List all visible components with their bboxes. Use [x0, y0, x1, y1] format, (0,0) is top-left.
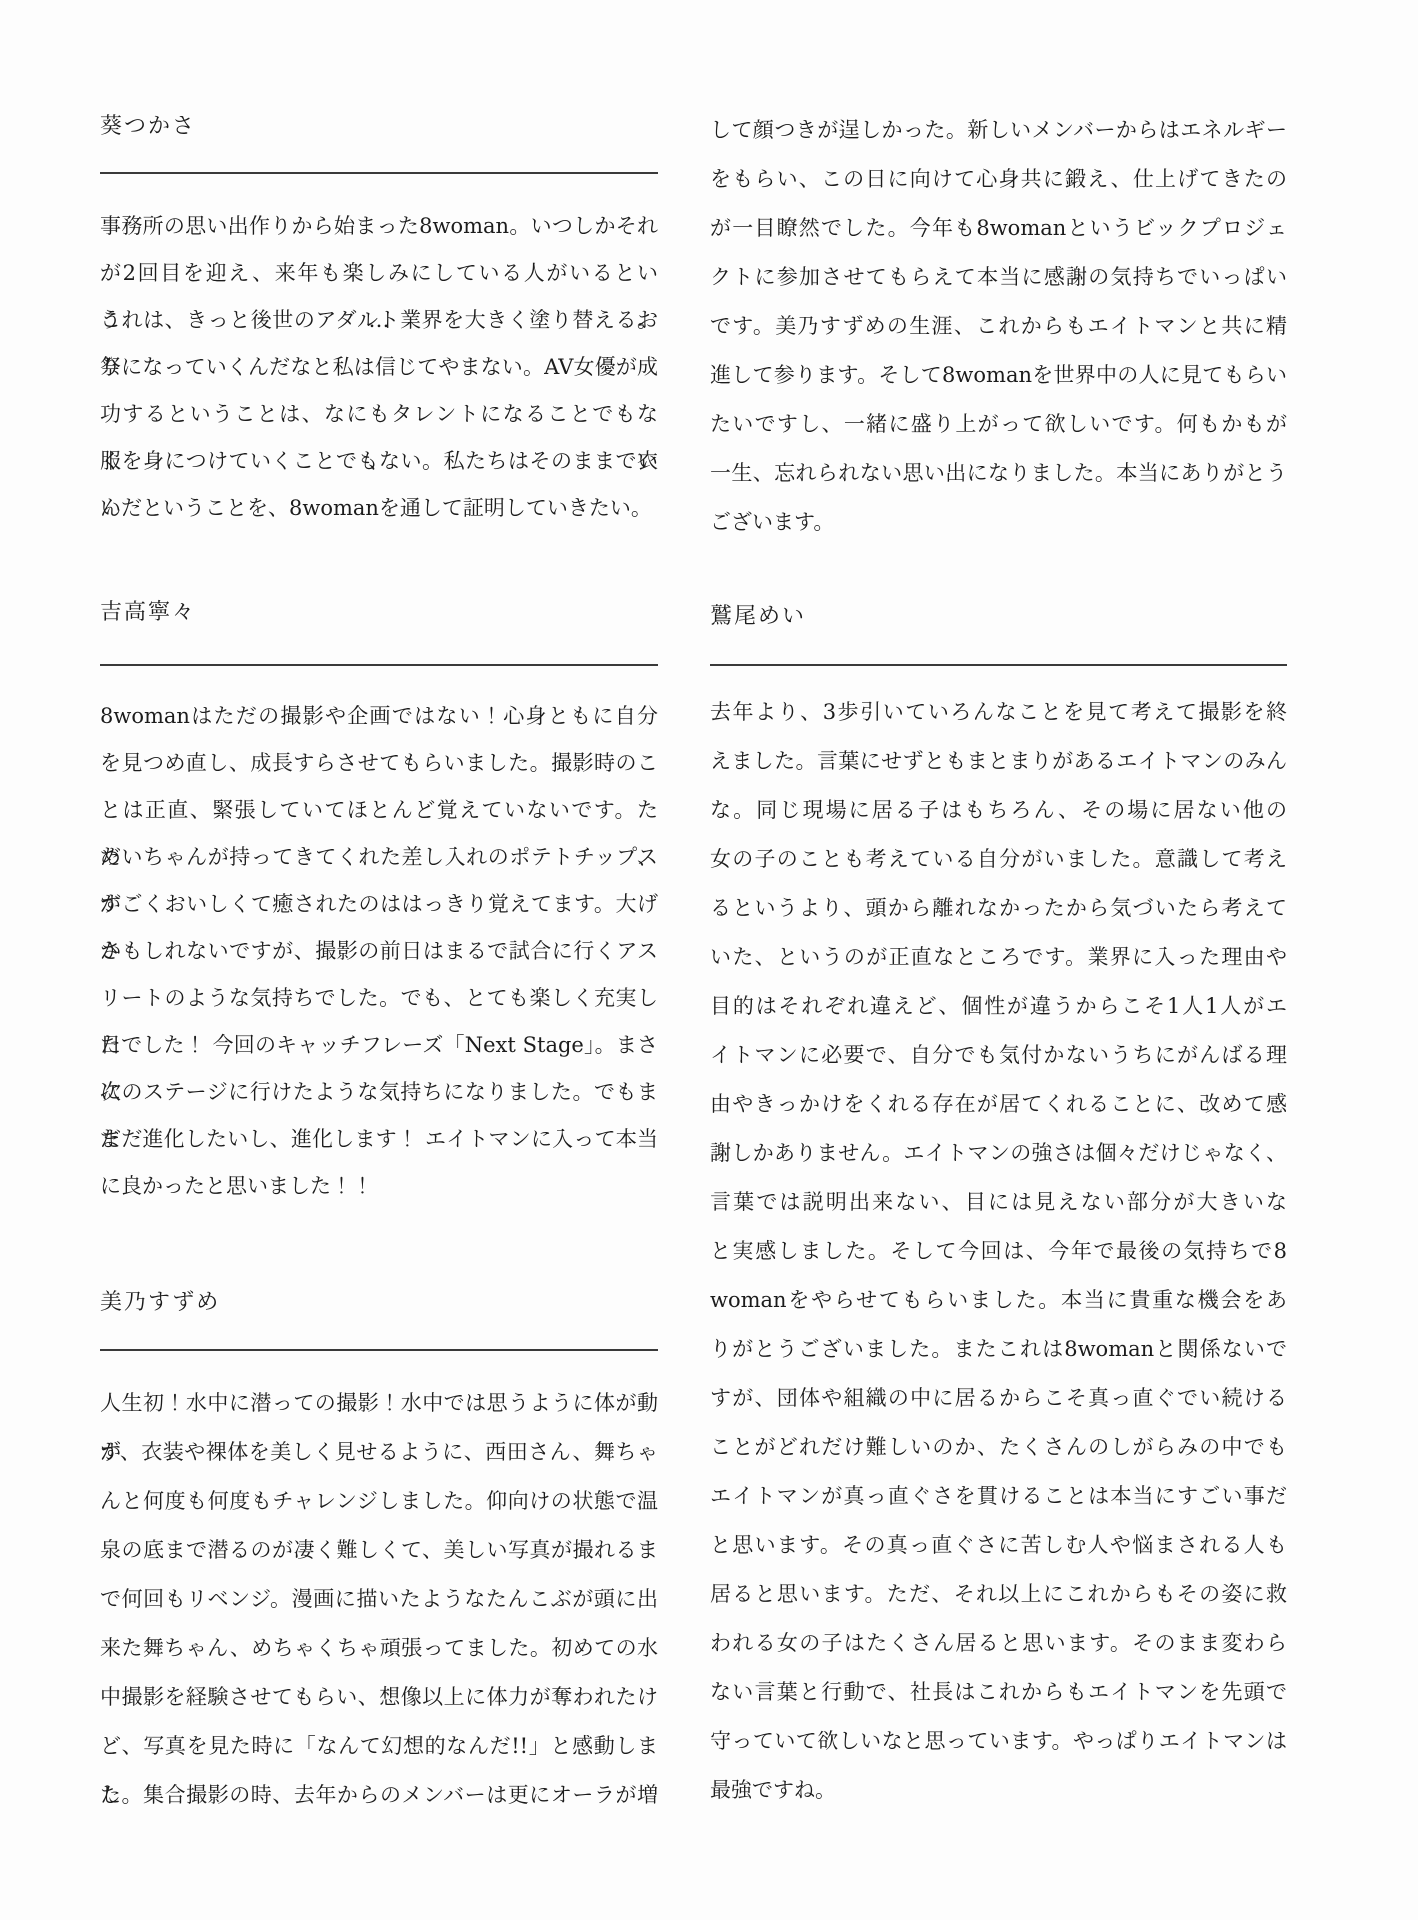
text-line: まだ進化したいし、進化します！ エイトマンに入って本当 — [100, 1116, 658, 1163]
text-line: んと何度も何度もチャレンジしました。仰向けの状態で温 — [100, 1477, 658, 1526]
text-line: りになっていくんだなと私は信じてやまない。AV女優が成 — [100, 344, 658, 391]
text-line: 中撮影を経験させてもらい、想像以上に体力が奪われたけ — [100, 1673, 658, 1722]
text-line: 功するということは、なにもタレントになることでもなく、衣 — [100, 391, 658, 438]
text-line: に良かったと思いました！！ — [100, 1163, 658, 1210]
text-line: が一目瞭然でした。今年も8womanというビックプロジェ — [710, 204, 1287, 253]
section-heading-yoshitaka-nene: 吉高寧々 — [100, 598, 196, 628]
text-line: 8womanはただの撮影や企画ではない！心身ともに自分 — [100, 693, 658, 740]
text-line: 進して参ります。そして8womanを世界中の人に見てもらい — [710, 351, 1287, 400]
section-paragraph-mino-suzume: 人生初！水中に潜っての撮影！水中では思うように体が動かず、衣装や裸体を美しく見せ… — [100, 1379, 658, 1820]
text-line: んだということを、8womanを通して証明していきたい。 — [100, 485, 658, 532]
text-line: われる女の子はたくさん居ると思います。そのまま変わら — [710, 1619, 1287, 1668]
magazine-page: 葵つかさ 事務所の思い出作りから始まった8woman。いつしかそれが2回目を迎え… — [0, 0, 1418, 1920]
text-line: すごくおいしくて癒されたのははっきり覚えてます。大げさ — [100, 881, 658, 928]
section-paragraph-washio-mei: 去年より、3歩引いていろんなことを見て考えて撮影を終えました。言葉にせずともまと… — [710, 688, 1287, 1815]
text-line: 来た舞ちゃん、めちゃくちゃ頑張ってました。初めての水 — [100, 1624, 658, 1673]
text-line: 居ると思います。ただ、それ以上にこれからもその姿に救 — [710, 1570, 1287, 1619]
text-line: めいちゃんが持ってきてくれた差し入れのポテトチップスが — [100, 834, 658, 881]
section-paragraph-yoshitaka-nene: 8womanはただの撮影や企画ではない！心身ともに自分を見つめ直し、成長すらさせ… — [100, 693, 658, 1210]
text-line: いた、というのが正直なところです。業界に入った理由や — [710, 933, 1287, 982]
text-line: 言葉では説明出来ない、目には見えない部分が大きいな — [710, 1178, 1287, 1227]
text-line: 去年より、3歩引いていろんなことを見て考えて撮影を終 — [710, 688, 1287, 737]
text-line: すが、団体や組織の中に居るからこそ真っ直ぐでい続ける — [710, 1374, 1287, 1423]
text-line: ど、写真を見た時に「なんて幻想的なんだ!!」と感動しまし — [100, 1722, 658, 1771]
text-line: るというより、頭から離れなかったから気づいたら考えて — [710, 884, 1287, 933]
text-line: かもしれないですが、撮影の前日はまるで試合に行くアス — [100, 928, 658, 975]
section-paragraph-aoi-tsukasa: 事務所の思い出作りから始まった8woman。いつしかそれが2回目を迎え、来年も楽… — [100, 203, 658, 532]
text-line: ない言葉と行動で、社長はこれからもエイトマンを先頭で — [710, 1668, 1287, 1717]
section-paragraph-mino-suzume-continued: して顔つきが逞しかった。新しいメンバーからはエネルギーをもらい、この日に向けて心… — [710, 106, 1287, 547]
text-line: womanをやらせてもらいました。本当に貴重な機会をあ — [710, 1276, 1287, 1325]
text-line: ず、衣装や裸体を美しく見せるように、西田さん、舞ちゃ — [100, 1428, 658, 1477]
text-line: エイトマンが真っ直ぐさを貫けることは本当にすごい事だ — [710, 1472, 1287, 1521]
text-line: 女の子のことも考えている自分がいました。意識して考え — [710, 835, 1287, 884]
text-line: と実感しました。そして今回は、今年で最後の気持ちで8 — [710, 1227, 1287, 1276]
text-line: が2回目を迎え、来年も楽しみにしている人がいるという…。 — [100, 250, 658, 297]
text-line: りがとうございました。またこれは8womanと関係ないで — [710, 1325, 1287, 1374]
text-line: 泉の底まで潜るのが凄く難しくて、美しい写真が撮れるま — [100, 1526, 658, 1575]
right-column: して顔つきが逞しかった。新しいメンバーからはエネルギーをもらい、この日に向けて心… — [710, 0, 1287, 1920]
text-line: と思います。その真っ直ぐさに苦しむ人や悩まされる人も — [710, 1521, 1287, 1570]
text-line: 次のステージに行けたような気持ちになりました。でもまだ — [100, 1069, 658, 1116]
text-line: 事務所の思い出作りから始まった8woman。いつしかそれ — [100, 203, 658, 250]
section-rule — [710, 664, 1287, 666]
text-line: 服を身につけていくことでもない。私たちはそのままでいい — [100, 438, 658, 485]
text-line: を見つめ直し、成長すらさせてもらいました。撮影時のこ — [100, 740, 658, 787]
section-heading-mino-suzume: 美乃すずめ — [100, 1288, 220, 1318]
text-line: で何回もリベンジ。漫画に描いたようなたんこぶが頭に出 — [100, 1575, 658, 1624]
text-line: 最強ですね。 — [710, 1766, 1287, 1815]
left-column: 葵つかさ 事務所の思い出作りから始まった8woman。いつしかそれが2回目を迎え… — [100, 0, 658, 1920]
section-rule — [100, 172, 658, 174]
section-heading-washio-mei: 鷲尾めい — [710, 602, 806, 632]
text-line: た。集合撮影の時、去年からのメンバーは更にオーラが増 — [100, 1771, 658, 1820]
text-line: です。美乃すずめの生涯、これからもエイトマンと共に精 — [710, 302, 1287, 351]
text-line: 一生、忘れられない思い出になりました。本当にありがとう — [710, 449, 1287, 498]
text-line: イトマンに必要で、自分でも気付かないうちにがんばる理 — [710, 1031, 1287, 1080]
text-line: 人生初！水中に潜っての撮影！水中では思うように体が動か — [100, 1379, 658, 1428]
text-line: クトに参加させてもらえて本当に感謝の気持ちでいっぱい — [710, 253, 1287, 302]
text-line: して顔つきが逞しかった。新しいメンバーからはエネルギー — [710, 106, 1287, 155]
text-line: な。同じ現場に居る子はもちろん、その場に居ない他の — [710, 786, 1287, 835]
text-line: 由やきっかけをくれる存在が居てくれることに、改めて感 — [710, 1080, 1287, 1129]
text-line: えました。言葉にせずともまとまりがあるエイトマンのみん — [710, 737, 1287, 786]
text-line: 目的はそれぞれ違えど、個性が違うからこそ1人1人がエ — [710, 982, 1287, 1031]
text-line: とは正直、緊張していてほとんど覚えていないです。ただ、 — [100, 787, 658, 834]
text-line: 謝しかありません。エイトマンの強さは個々だけじゃなく、 — [710, 1129, 1287, 1178]
text-line: これは、きっと後世のアダルト業界を大きく塗り替えるお祭 — [100, 297, 658, 344]
section-heading-aoi-tsukasa: 葵つかさ — [100, 112, 196, 142]
text-line: ございます。 — [710, 498, 1287, 547]
text-line: ことがどれだけ難しいのか、たくさんのしがらみの中でも — [710, 1423, 1287, 1472]
text-line: 守っていて欲しいなと思っています。やっぱりエイトマンは — [710, 1717, 1287, 1766]
section-rule — [100, 1349, 658, 1351]
text-line: 日でした！ 今回のキャッチフレーズ「Next Stage」。まさに — [100, 1022, 658, 1069]
text-line: をもらい、この日に向けて心身共に鍛え、仕上げてきたの — [710, 155, 1287, 204]
text-line: リートのような気持ちでした。でも、とても楽しく充実した — [100, 975, 658, 1022]
section-rule — [100, 664, 658, 666]
text-line: たいですし、一緒に盛り上がって欲しいです。何もかもが — [710, 400, 1287, 449]
